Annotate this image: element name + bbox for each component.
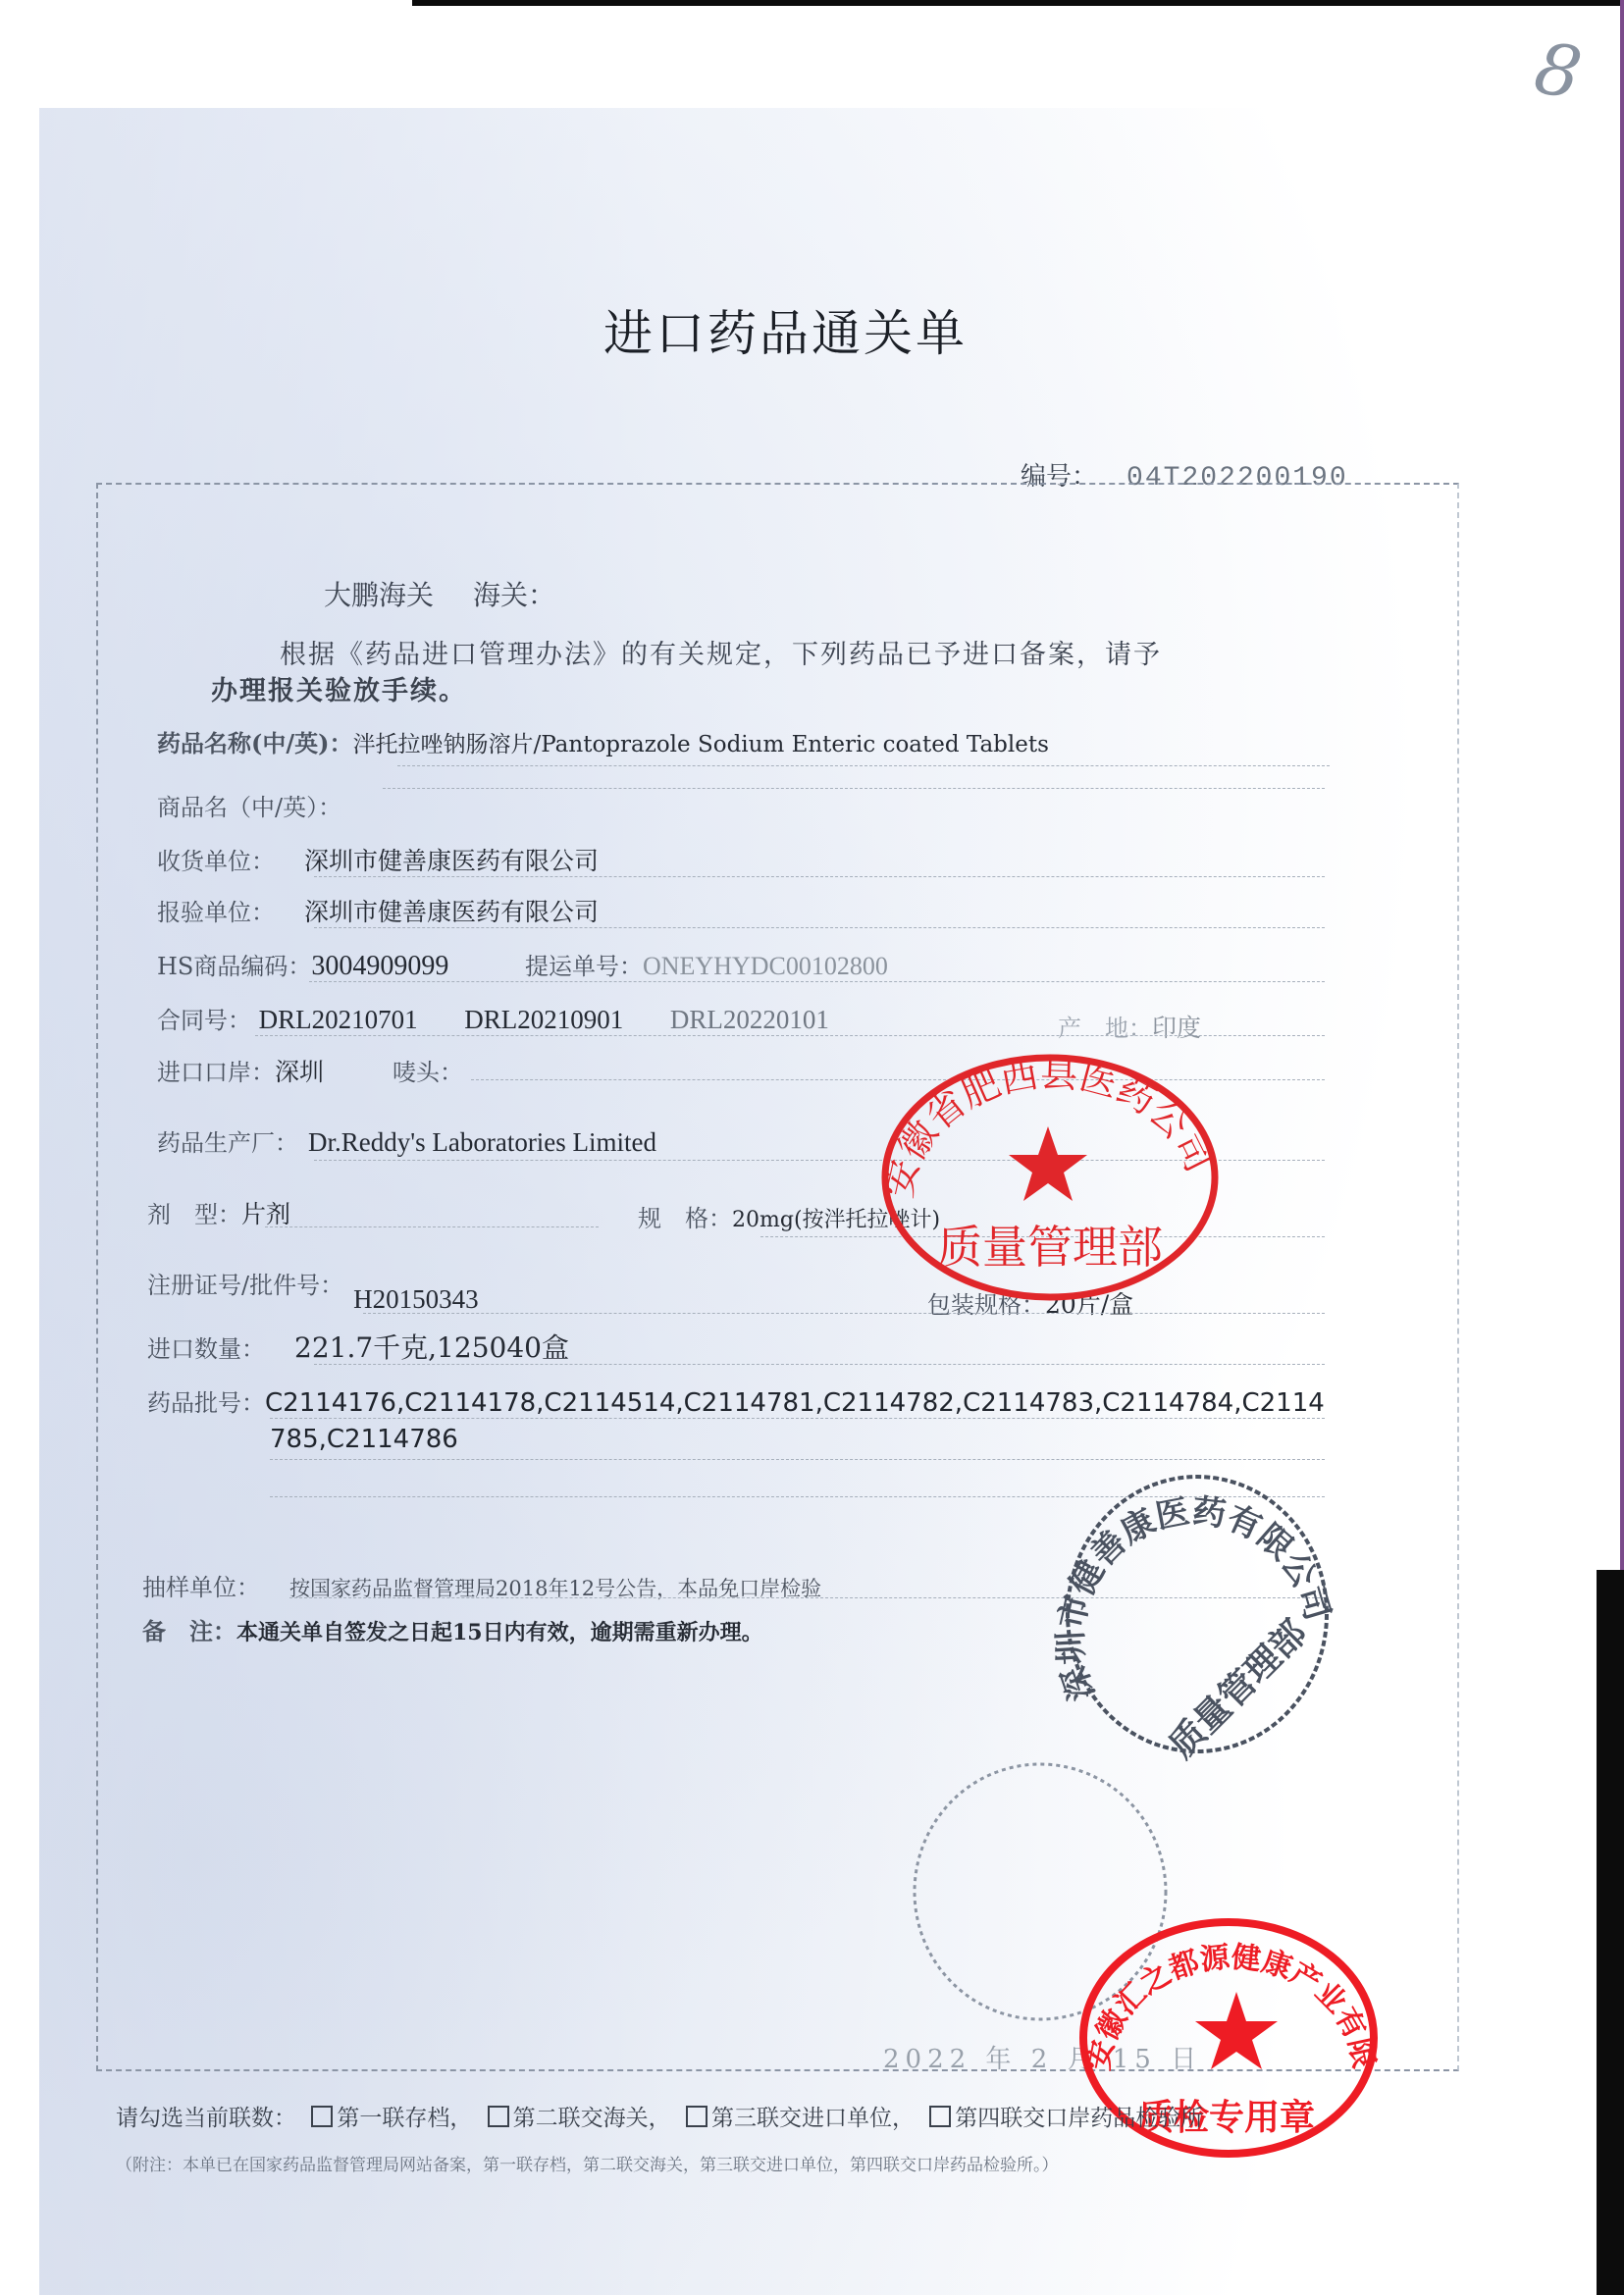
manufacturer-value: Dr.Reddy's Laboratories Limited (308, 1127, 656, 1157)
underline (270, 1418, 1325, 1419)
field-drug-name: 药品名称(中/英)：泮托拉唑钠肠溶片/Pantoprazole Sodium E… (157, 724, 1049, 758)
stamp-gray-round-company: 深圳市健善康医药有限公司 质量管理部 (1050, 1467, 1335, 1766)
underline (265, 1226, 599, 1227)
consignee-value: 深圳市健善康医药有限公司 (304, 847, 599, 875)
intro-line-2: 办理报关验放手续。 (211, 669, 467, 707)
underline (270, 1459, 1325, 1460)
scan-edge-right-strip (1620, 0, 1624, 1570)
addressee-suffix: 海关： (473, 579, 555, 611)
underline (363, 1313, 1325, 1314)
svg-text:深圳市健善康医药有限公司: 深圳市健善康医药有限公司 (1051, 1491, 1335, 1705)
contract-no-2: DRL20210901 (464, 1005, 623, 1034)
import-port-value: 深圳 (275, 1058, 324, 1086)
intro-line-1: 根据《药品进口管理办法》的有关规定，下列药品已予进口备案，请予 (280, 633, 1162, 671)
dosage-form-value: 片剂 (241, 1200, 290, 1228)
field-import-port: 进口口岸：深圳 (157, 1053, 324, 1088)
handwritten-page-number: 8 (1529, 26, 1588, 116)
scan-edge-right (1597, 1570, 1624, 2295)
field-trade-name: 商品名（中/英）： (157, 788, 341, 822)
footer-note: （附注：本单已在国家药品监督管理局网站备案，第一联存档，第二联交海关，第三联交进… (116, 2151, 1059, 2175)
import-quantity-value: 221.7千克,125040盒 (294, 1331, 569, 1364)
scan-edge-left (0, 0, 29, 2295)
addressee-customs: 大鹏海关 (324, 579, 434, 611)
field-registration-no: 注册证号/批件号：H20150343 (147, 1266, 479, 1300)
contract-no-1: DRL20210701 (259, 1005, 418, 1034)
batch-no-line-1: C2114176,C2114178,C2114514,C2114781,C211… (265, 1388, 1325, 1418)
stamp-red-oval-quality-dept: 安徽省肥西县医药公司 质量管理部 (868, 1045, 1231, 1310)
underline (314, 927, 1325, 928)
field-import-quantity: 进口数量：221.7千克,125040盒 (147, 1327, 569, 1366)
copy-checkbox-2[interactable] (488, 2106, 509, 2127)
copy-checkbox-3[interactable] (686, 2106, 707, 2127)
underline (309, 981, 1325, 982)
svg-text:质量管理部: 质量管理部 (1162, 1613, 1315, 1766)
underline (383, 788, 1325, 789)
underline (314, 876, 1325, 877)
document-title: 进口药品通关单 (603, 294, 968, 365)
field-manufacturer: 药品生产厂：Dr.Reddy's Laboratories Limited (157, 1123, 656, 1158)
field-bill-of-lading: 提运单号：ONEYHYDC00102800 (525, 947, 888, 981)
remarks-value: 本通关单自签发之日起15日内有效，逾期需重新办理。 (236, 1620, 763, 1645)
origin-value: 印度 (1152, 1014, 1201, 1042)
field-contract-no: 合同号： DRL20210701 DRL20210901 DRL20220101 (157, 1001, 829, 1035)
underline (314, 1364, 1325, 1365)
drug-name-value: 泮托拉唑钠肠溶片/Pantoprazole Sodium Enteric coa… (352, 732, 1048, 757)
copy-checkbox-1[interactable] (311, 2106, 333, 2127)
field-inspection-applicant: 报验单位：深圳市健善康医药有限公司 (157, 893, 599, 928)
field-dosage-form: 剂 型：片剂 (147, 1195, 290, 1230)
scan-edge-top (412, 0, 1624, 6)
bill-of-lading-value: ONEYHYDC00102800 (643, 952, 888, 980)
registration-no-value: H20150343 (353, 1284, 479, 1314)
addressee: 大鹏海关海关： (324, 574, 555, 613)
underline (397, 765, 1330, 766)
copy-selection-prefix: 请勾选当前联数： (116, 2106, 296, 2131)
field-consignee: 收货单位：深圳市健善康医药有限公司 (157, 842, 599, 877)
field-batch-no: 药品批号：C2114176,C2114178,C2114514,C2114781… (147, 1383, 1325, 1418)
field-mark: 唛头： (393, 1053, 463, 1087)
field-remarks: 备 注：本通关单自签发之日起15日内有效，逾期需重新办理。 (142, 1612, 763, 1646)
contract-no-3: DRL20220101 (670, 1005, 829, 1034)
field-hs-code: HS商品编码：3004909099 (157, 947, 448, 982)
field-origin: 产 地：印度 (1058, 1009, 1201, 1044)
copy-checkbox-4[interactable] (929, 2106, 951, 2127)
svg-text:质量管理部: 质量管理部 (937, 1221, 1163, 1274)
inspection-applicant-value: 深圳市健善康医药有限公司 (304, 898, 599, 926)
batch-no-line-2: 785,C2114786 (270, 1425, 458, 1454)
copy-selection: 请勾选当前联数： 第一联存档， 第二联交海关， 第三联交进口单位， 第四联交口岸… (116, 2100, 1203, 2132)
hs-code-value: 3004909099 (311, 951, 448, 981)
underline (255, 1035, 1325, 1036)
